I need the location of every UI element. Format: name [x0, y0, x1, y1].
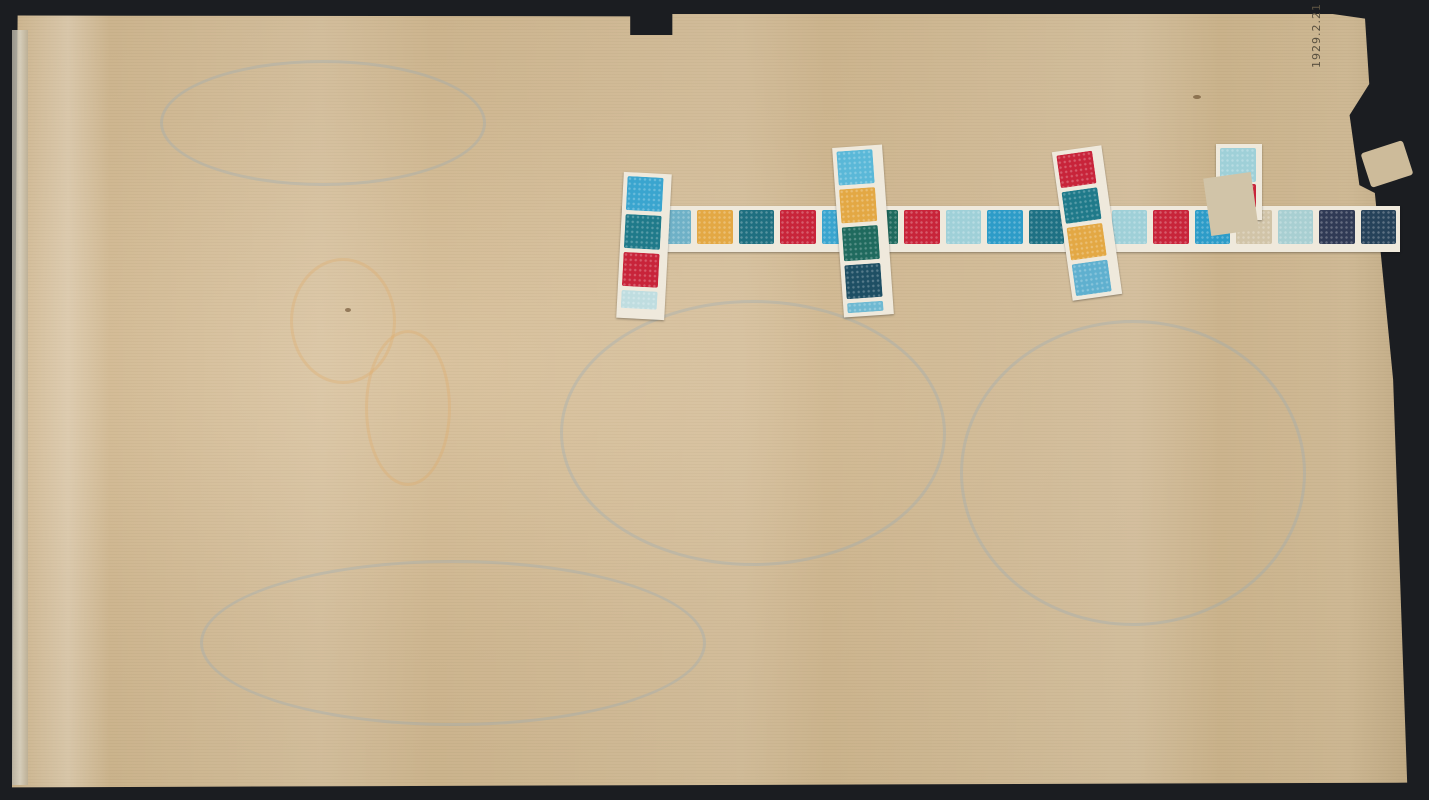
swatch: [626, 176, 664, 212]
swatch: [1319, 210, 1354, 244]
swatch: [946, 210, 981, 244]
swatch: [1361, 210, 1396, 244]
swatch: [739, 210, 774, 244]
swatch: [839, 187, 877, 223]
swatch: [1278, 210, 1313, 244]
swatch: [847, 301, 884, 313]
swatch: [1056, 151, 1096, 188]
swatch: [1112, 210, 1147, 244]
left-selvedge: [12, 30, 28, 785]
wing-sketch-right: [960, 320, 1306, 626]
swatch: [836, 149, 874, 185]
swatch-strip-horizontal: [622, 206, 1400, 252]
swatch: [844, 263, 882, 299]
catalog-number: 1929.2.21: [1310, 3, 1323, 68]
swatch: [1153, 210, 1188, 244]
swatch: [842, 225, 880, 261]
swatch: [1072, 259, 1112, 296]
swatch: [780, 210, 815, 244]
wing-sketch-left: [160, 60, 486, 186]
swatch: [1029, 210, 1064, 244]
paper-patch: [1203, 172, 1259, 236]
swatch: [697, 210, 732, 244]
lower-sketch: [200, 560, 706, 726]
swatch: [622, 252, 660, 288]
stain: [345, 308, 351, 312]
folded-corner-flap: [1361, 140, 1414, 188]
swatch: [1061, 187, 1101, 224]
swatch: [624, 214, 662, 250]
swatch: [621, 290, 658, 310]
swatch: [987, 210, 1022, 244]
swatch-strip-vertical-1: [616, 172, 672, 320]
swatch: [904, 210, 939, 244]
wing-sketch-center: [560, 300, 946, 566]
figure-arm-sketch: [365, 330, 451, 486]
stain: [1193, 95, 1201, 99]
swatch: [1066, 223, 1106, 260]
